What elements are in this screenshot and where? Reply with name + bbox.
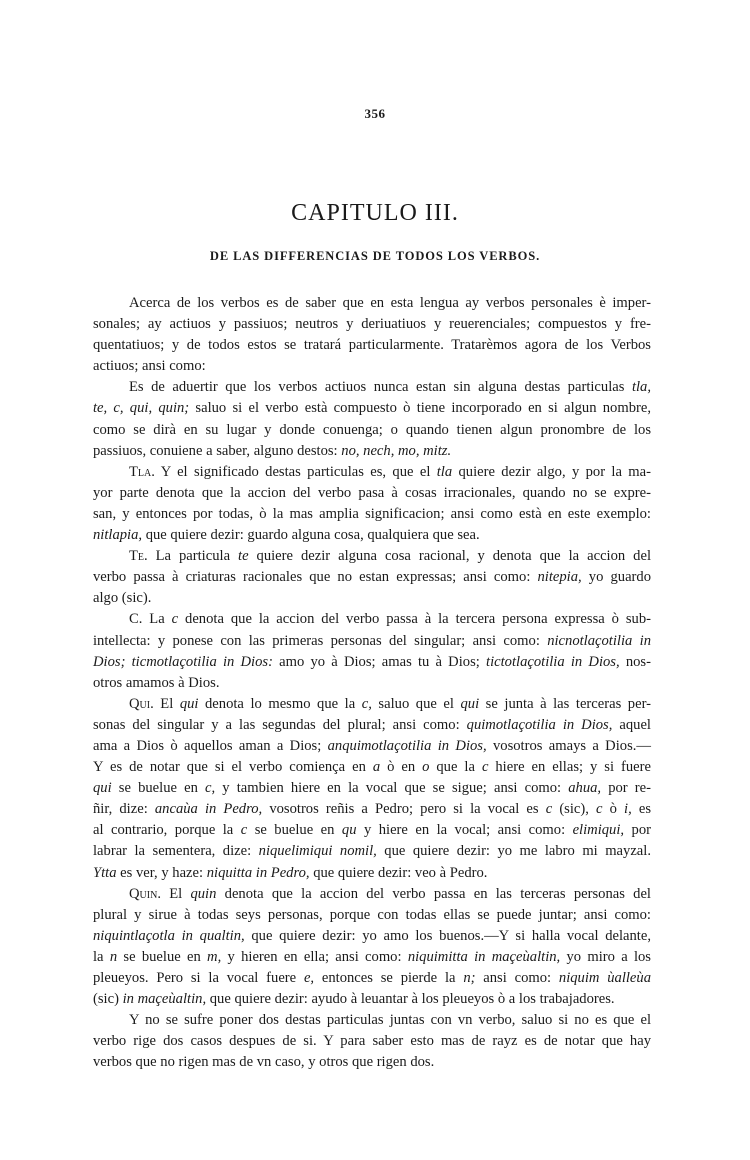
text-line: Quin. El quin denota que la accion del v… <box>93 884 651 905</box>
italic-term: i, <box>624 801 632 817</box>
text-line: passiuos, conuiene a saber, alguno desto… <box>93 441 651 462</box>
italic-term: ahua, <box>568 780 601 796</box>
text-segment: yo guardo <box>582 569 651 585</box>
text-segment: yor parte denota que la accion del verbo… <box>93 485 651 501</box>
text-segment: se buelue en <box>247 822 342 838</box>
italic-term: te <box>238 548 249 564</box>
text-segment: verbos que no rigen mas de vn caso, y ot… <box>93 1054 434 1070</box>
text-segment: verbo passa à criaturas racionales que n… <box>93 569 537 585</box>
text-segment: san, y entonces por todas, ò la mas ampl… <box>93 506 651 522</box>
text-segment: denota que la accion del verbo passa en … <box>216 886 651 902</box>
paragraph: Te. La particula te quiere dezir alguna … <box>93 546 651 609</box>
text-line: verbos que no rigen mas de vn caso, y ot… <box>93 1052 651 1073</box>
text-segment: es ver, y haze: <box>117 865 207 881</box>
text-line: yor parte denota que la accion del verbo… <box>93 483 651 504</box>
text-segment: Acerca de los verbos es de saber que en … <box>129 295 651 311</box>
italic-term: qui <box>93 780 112 796</box>
text-segment: amo yo à Dios; amas tu à Dios; <box>273 654 486 670</box>
italic-term: anquimotlaçotilia in Dios, <box>328 738 487 754</box>
chapter-subtitle: DE LAS DIFFERENCIAS DE TODOS LOS VERBOS. <box>0 249 750 264</box>
text-line: Qui. El qui denota lo mesmo que la c, sa… <box>93 694 651 715</box>
text-line: verbo passa à criaturas racionales que n… <box>93 567 651 588</box>
text-segment: que quiere dezir: yo me labro mi mayzal. <box>377 843 651 859</box>
section-marker: Tla. <box>129 464 155 480</box>
italic-term: no, nech, mo, mitz. <box>341 443 451 459</box>
paragraph: Qui. El qui denota lo mesmo que la c, sa… <box>93 694 651 884</box>
text-segment: (sic) <box>93 991 123 1007</box>
text-line: como se dirà en su lugar y donde conueng… <box>93 420 651 441</box>
text-segment: que la <box>429 759 482 775</box>
italic-term: in maçeùaltin, <box>123 991 207 1007</box>
text-segment: vosotros reñis a Pedro; pero si la vocal… <box>262 801 546 817</box>
italic-term: n; <box>463 970 475 986</box>
text-segment: nos- <box>620 654 651 670</box>
section-marker: Qui. <box>129 696 154 712</box>
text-segment: plural y sirue à todas seys personas, po… <box>93 907 651 923</box>
text-line: actiuos; ansi como: <box>93 356 651 377</box>
text-segment: Y el significado destas particulas es, q… <box>155 464 437 480</box>
text-segment: ñir, dize: <box>93 801 155 817</box>
text-segment: yo miro a los <box>560 949 651 965</box>
text-segment: por re- <box>601 780 651 796</box>
text-segment: sonas del singular y a las segundas del … <box>93 717 467 733</box>
text-segment: ansi como: <box>475 970 558 986</box>
text-segment: passiuos, conuiene a saber, alguno desto… <box>93 443 341 459</box>
paragraph: Acerca de los verbos es de saber que en … <box>93 293 651 377</box>
text-segment: labrar la sementera, dize: <box>93 843 259 859</box>
text-segment: se buelue en <box>117 949 207 965</box>
text-line: Es de aduertir que los verbos actiuos nu… <box>93 377 651 398</box>
text-segment: ò <box>603 801 625 817</box>
page-number: 356 <box>0 106 750 122</box>
italic-term: niquelimiqui nomil, <box>259 843 377 859</box>
text-segment: se buelue en <box>112 780 205 796</box>
text-segment: que quiere dezir: guardo alguna cosa, qu… <box>142 527 480 543</box>
text-segment: denota lo mesmo que la <box>198 696 361 712</box>
text-segment: como se dirà en su lugar y donde conueng… <box>93 422 651 438</box>
text-segment: Es de aduertir que los verbos actiuos nu… <box>129 379 632 395</box>
text-segment: Y no se sufre poner dos destas particula… <box>129 1012 651 1028</box>
text-line: Ytta es ver, y haze: niquitta in Pedro, … <box>93 863 651 884</box>
italic-term: tla <box>437 464 452 480</box>
italic-term: te, c, qui, quin; <box>93 400 189 416</box>
text-segment: saluo si el verbo està compuesto ò tiene… <box>189 400 651 416</box>
text-segment: actiuos; ansi como: <box>93 358 206 374</box>
italic-term: quimotlaçotilia in Dios, <box>467 717 613 733</box>
section-marker: Quin. <box>129 886 161 902</box>
italic-term: m, <box>207 949 221 965</box>
text-line: sonas del singular y a las segundas del … <box>93 715 651 736</box>
text-line: nitlapia, que quiere dezir: guardo algun… <box>93 525 651 546</box>
paragraph: Tla. Y el significado destas particulas … <box>93 462 651 546</box>
text-segment: denota que la accion del verbo passa à l… <box>178 611 651 627</box>
text-segment: que quiere dezir: ayudo à leuantar à los… <box>206 991 614 1007</box>
italic-term: e, <box>304 970 314 986</box>
text-line: otros amamos à Dios. <box>93 673 651 694</box>
text-line: Tla. Y el significado destas particulas … <box>93 462 651 483</box>
text-segment: hiere en ellas; y si fuere <box>488 759 651 775</box>
text-segment: C. La <box>129 611 172 627</box>
text-line: Dios; ticmotlaçotilia in Dios: amo yo à … <box>93 652 651 673</box>
text-segment: aquel <box>612 717 651 733</box>
italic-term: nitepia, <box>537 569 581 585</box>
text-segment: pleueyos. Pero si la vocal fuere <box>93 970 304 986</box>
text-segment: por <box>624 822 651 838</box>
paragraph: Es de aduertir que los verbos actiuos nu… <box>93 377 651 461</box>
text-segment: El <box>161 886 190 902</box>
italic-term: niquitta in Pedro, <box>207 865 310 881</box>
text-segment: y tambien hiere en la vocal que se sigue… <box>215 780 568 796</box>
text-segment: verbo rige dos casos despues de si. Y pa… <box>93 1033 651 1049</box>
italic-term: nicnotlaçotilia in <box>547 633 651 649</box>
text-line: C. La c denota que la accion del verbo p… <box>93 609 651 630</box>
text-segment: Y es de notar que si el verbo comiença e… <box>93 759 373 775</box>
text-line: Y es de notar que si el verbo comiença e… <box>93 757 651 778</box>
text-segment: ò en <box>380 759 422 775</box>
body-text: Acerca de los verbos es de saber que en … <box>93 293 651 1073</box>
paragraph: Y no se sufre poner dos destas particula… <box>93 1010 651 1073</box>
italic-term: qui <box>180 696 199 712</box>
text-line: intellecta: y ponese con las primeras pe… <box>93 631 651 652</box>
text-segment: saluo que el <box>372 696 461 712</box>
text-segment: vosotros amays a Dios.— <box>487 738 651 754</box>
paragraph: C. La c denota que la accion del verbo p… <box>93 609 651 693</box>
text-line: la n se buelue en m, y hieren en ella; a… <box>93 947 651 968</box>
text-segment: se junta à las terceras per- <box>479 696 651 712</box>
text-line: Te. La particula te quiere dezir alguna … <box>93 546 651 567</box>
text-segment: es <box>632 801 651 817</box>
italic-term: quin <box>190 886 216 902</box>
section-marker: Te. <box>129 548 148 564</box>
text-line: san, y entonces por todas, ò la mas ampl… <box>93 504 651 525</box>
text-segment: El <box>154 696 180 712</box>
text-line: verbo rige dos casos despues de si. Y pa… <box>93 1031 651 1052</box>
text-segment: al contrario, porque la <box>93 822 241 838</box>
text-segment: quentatiuos; y de todos estos se tratará… <box>93 337 651 353</box>
chapter-title: CAPITULO III. <box>0 200 750 227</box>
italic-term: niquimitta in maçeùaltin, <box>408 949 560 965</box>
text-segment: y hieren en ella; ansi como: <box>221 949 408 965</box>
text-segment: otros amamos à Dios. <box>93 675 219 691</box>
text-segment: algo (sic). <box>93 590 151 606</box>
text-line: labrar la sementera, dize: niquelimiqui … <box>93 841 651 862</box>
text-line: sonales; ay actiuos y passiuos; neutros … <box>93 314 651 335</box>
italic-term: nitlapia, <box>93 527 142 543</box>
text-line: plural y sirue à todas seys personas, po… <box>93 905 651 926</box>
text-line: Acerca de los verbos es de saber que en … <box>93 293 651 314</box>
italic-term: niquintlaçotla in qualtin, <box>93 928 245 944</box>
italic-term: qu <box>342 822 357 838</box>
text-segment: quiere dezir algo, y por la ma- <box>452 464 651 480</box>
text-segment: intellecta: y ponese con las primeras pe… <box>93 633 547 649</box>
italic-term: Dios; ticmotlaçotilia in Dios: <box>93 654 273 670</box>
text-line: niquintlaçotla in qualtin, que quiere de… <box>93 926 651 947</box>
italic-term: qui <box>460 696 479 712</box>
italic-term: c, <box>362 696 372 712</box>
text-segment: la <box>93 949 110 965</box>
text-segment: entonces se pierde la <box>314 970 463 986</box>
text-line: te, c, qui, quin; saluo si el verbo està… <box>93 398 651 419</box>
text-segment: y hiere en la vocal; ansi como: <box>357 822 573 838</box>
text-segment: ama a Dios ò aquellos aman a Dios; <box>93 738 328 754</box>
italic-term: Ytta <box>93 865 117 881</box>
text-line: qui se buelue en c, y tambien hiere en l… <box>93 778 651 799</box>
italic-term: elimiqui, <box>573 822 624 838</box>
text-line: Y no se sufre poner dos destas particula… <box>93 1010 651 1031</box>
text-line: ñir, dize: ancaùa in Pedro, vosotros reñ… <box>93 799 651 820</box>
italic-term: tictotlaçotilia in Dios, <box>486 654 620 670</box>
text-segment: La particula <box>148 548 238 564</box>
text-segment: que quiere dezir: veo à Pedro. <box>310 865 488 881</box>
text-segment: que quiere dezir: yo amo los buenos.—Y s… <box>245 928 651 944</box>
text-segment: sonales; ay actiuos y passiuos; neutros … <box>93 316 651 332</box>
italic-term: c, <box>205 780 215 796</box>
text-segment: (sic), <box>552 801 596 817</box>
italic-term: ancaùa in Pedro, <box>155 801 262 817</box>
text-line: al contrario, porque la c se buelue en q… <box>93 820 651 841</box>
italic-term: n <box>110 949 117 965</box>
text-line: quentatiuos; y de todos estos se tratará… <box>93 335 651 356</box>
italic-term: niquim ùalleùa <box>559 970 651 986</box>
text-line: pleueyos. Pero si la vocal fuere e, ento… <box>93 968 651 989</box>
text-line: algo (sic). <box>93 588 651 609</box>
text-line: ama a Dios ò aquellos aman a Dios; anqui… <box>93 736 651 757</box>
italic-term: tla, <box>632 379 651 395</box>
text-line: (sic) in maçeùaltin, que quiere dezir: a… <box>93 989 651 1010</box>
text-segment: quiere dezir alguna cosa racional, y den… <box>249 548 651 564</box>
paragraph: Quin. El quin denota que la accion del v… <box>93 884 651 1011</box>
